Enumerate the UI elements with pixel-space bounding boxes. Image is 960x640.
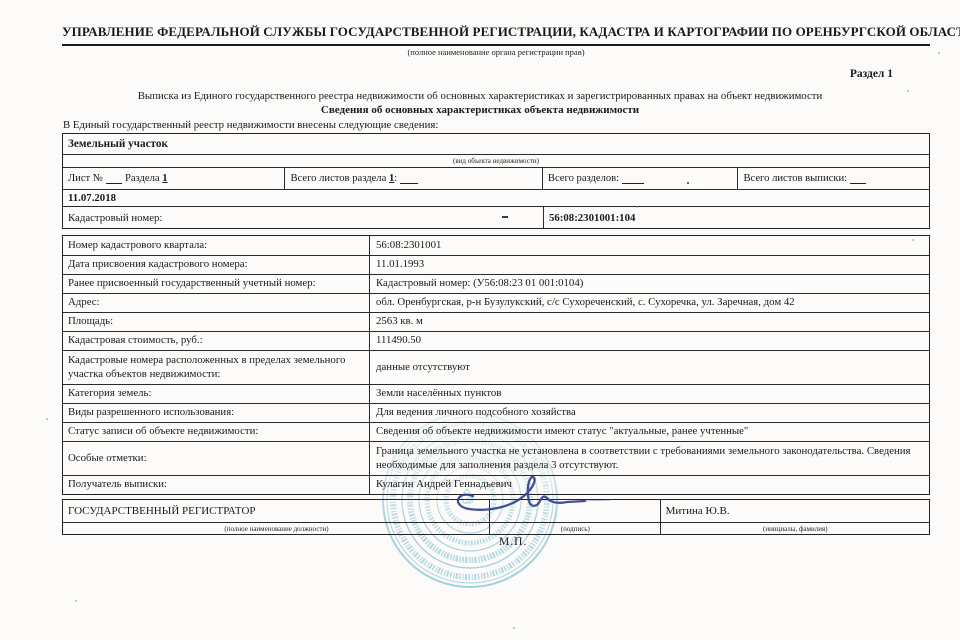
- total-extract-sheets-label: Всего листов выписки:: [743, 173, 847, 184]
- total-sections-cell: Всего разделов:: [542, 168, 738, 189]
- sheet-section-label: Раздела: [125, 173, 160, 184]
- scan-dash-artifact: [502, 216, 508, 218]
- cadastral-number-value: 56:08:2301001:104: [543, 207, 929, 228]
- scan-dot-artifact: [687, 182, 689, 184]
- table-row: Категория земель: Земли населённых пункт…: [63, 384, 929, 403]
- total-sheets-colon: :: [394, 173, 397, 184]
- row-label: Статус записи об объекте недвижимости:: [63, 423, 369, 441]
- scan-speck: [938, 52, 940, 54]
- organization-title: УПРАВЛЕНИЕ ФЕДЕРАЛЬНОЙ СЛУЖБЫ ГОСУДАРСТВ…: [62, 24, 930, 46]
- row-label: Дата присвоения кадастрового номера:: [63, 256, 369, 274]
- total-sections-label: Всего разделов:: [548, 173, 619, 184]
- row-label: Получатель выписки:: [63, 476, 369, 494]
- total-extract-sheets-blank: [850, 173, 866, 184]
- signature-caption: (подпись): [489, 523, 660, 534]
- row-label: Виды разрешенного использования:: [63, 404, 369, 422]
- extract-date: 11.07.2018: [63, 190, 929, 206]
- scan-speck: [75, 600, 77, 602]
- row-label: Номер кадастрового квартала:: [63, 236, 369, 255]
- handwritten-signature: [445, 470, 620, 518]
- organization-subtitle: (полное наименование органа регистрации …: [62, 47, 930, 57]
- scan-speck: [636, 206, 638, 208]
- registrar-name: Митина Ю.В.: [660, 500, 929, 522]
- row-value: Земли населённых пунктов: [369, 385, 929, 403]
- row-label: Кадастровая стоимость, руб.:: [63, 332, 369, 350]
- row-value: обл. Оренбургская, р-н Бузулукский, с/с …: [369, 294, 929, 312]
- table-row: Кадастровые номера расположенных в преде…: [63, 350, 929, 384]
- row-label: Ранее присвоенный государственный учетны…: [63, 275, 369, 293]
- position-caption: (полное наименование должности): [63, 523, 489, 534]
- row-label: Площадь:: [63, 313, 369, 331]
- cadastral-number-label: Кадастровый номер:: [63, 207, 543, 228]
- sheet-number-blank: [106, 173, 122, 184]
- name-caption: (инициалы, фамилия): [660, 523, 929, 534]
- extract-title: Выписка из Единого государственного реес…: [30, 90, 930, 102]
- scan-speck: [907, 90, 909, 92]
- row-value: данные отсутствуют: [369, 351, 929, 384]
- scan-speck: [513, 627, 515, 629]
- row-label: Особые отметки:: [63, 442, 369, 475]
- row-value: 2563 кв. м: [369, 313, 929, 331]
- section-label: Раздел 1: [850, 68, 893, 80]
- total-sheets-cell: Всего листов раздела 1 :: [284, 168, 541, 189]
- row-label: Категория земель:: [63, 385, 369, 403]
- table-row: Ранее присвоенный государственный учетны…: [63, 274, 929, 293]
- row-label: Адрес:: [63, 294, 369, 312]
- extract-subtitle: Сведения об основных характеристиках объ…: [30, 104, 930, 116]
- table-row: Площадь: 2563 кв. м: [63, 312, 929, 331]
- details-table: Номер кадастрового квартала: 56:08:23010…: [62, 235, 930, 495]
- registrar-title: ГОСУДАРСТВЕННЫЙ РЕГИСТРАТОР: [63, 500, 489, 522]
- object-header-table: Земельный участок (вид объекта недвижимо…: [62, 133, 930, 229]
- total-sections-blank: [622, 173, 644, 184]
- object-type: Земельный участок: [63, 134, 929, 154]
- row-value: 111490.50: [369, 332, 929, 350]
- stamp-place-label: М.П.: [499, 536, 527, 548]
- row-value: Для ведения личного подсобного хозяйства: [369, 404, 929, 422]
- table-row: Виды разрешенного использования: Для вед…: [63, 403, 929, 422]
- sheet-number-cell: Лист № Раздела 1: [63, 168, 284, 189]
- total-sheets-blank: [400, 173, 418, 184]
- row-label: Кадастровые номера расположенных в преде…: [63, 351, 369, 384]
- object-type-caption: (вид объекта недвижимости): [63, 155, 929, 167]
- table-row: Дата присвоения кадастрового номера: 11.…: [63, 255, 929, 274]
- table-row: Статус записи об объекте недвижимости: С…: [63, 422, 929, 441]
- scan-speck: [912, 239, 914, 241]
- row-value: 11.01.1993: [369, 256, 929, 274]
- cadastral-number-label-text: Кадастровый номер:: [68, 212, 162, 224]
- scan-speck: [46, 418, 48, 420]
- row-value: Сведения об объекте недвижимости имеют с…: [369, 423, 929, 441]
- sheet-section-value: 1: [162, 173, 167, 184]
- scanned-document-page: УПРАВЛЕНИЕ ФЕДЕРАЛЬНОЙ СЛУЖБЫ ГОСУДАРСТВ…: [0, 0, 960, 640]
- sheet-number-label: Лист №: [68, 173, 103, 184]
- row-value: 56:08:2301001: [369, 236, 929, 255]
- table-row: Номер кадастрового квартала: 56:08:23010…: [63, 236, 929, 255]
- total-sheets-label: Всего листов раздела: [290, 173, 386, 184]
- table-row: Адрес: обл. Оренбургская, р-н Бузулукски…: [63, 293, 929, 312]
- table-row: Кадастровая стоимость, руб.: 111490.50: [63, 331, 929, 350]
- intro-line: В Единый государственный реестр недвижим…: [63, 119, 438, 131]
- row-value: Кадастровый номер: (У56:08:23 01 001:010…: [369, 275, 929, 293]
- total-extract-sheets-cell: Всего листов выписки:: [737, 168, 929, 189]
